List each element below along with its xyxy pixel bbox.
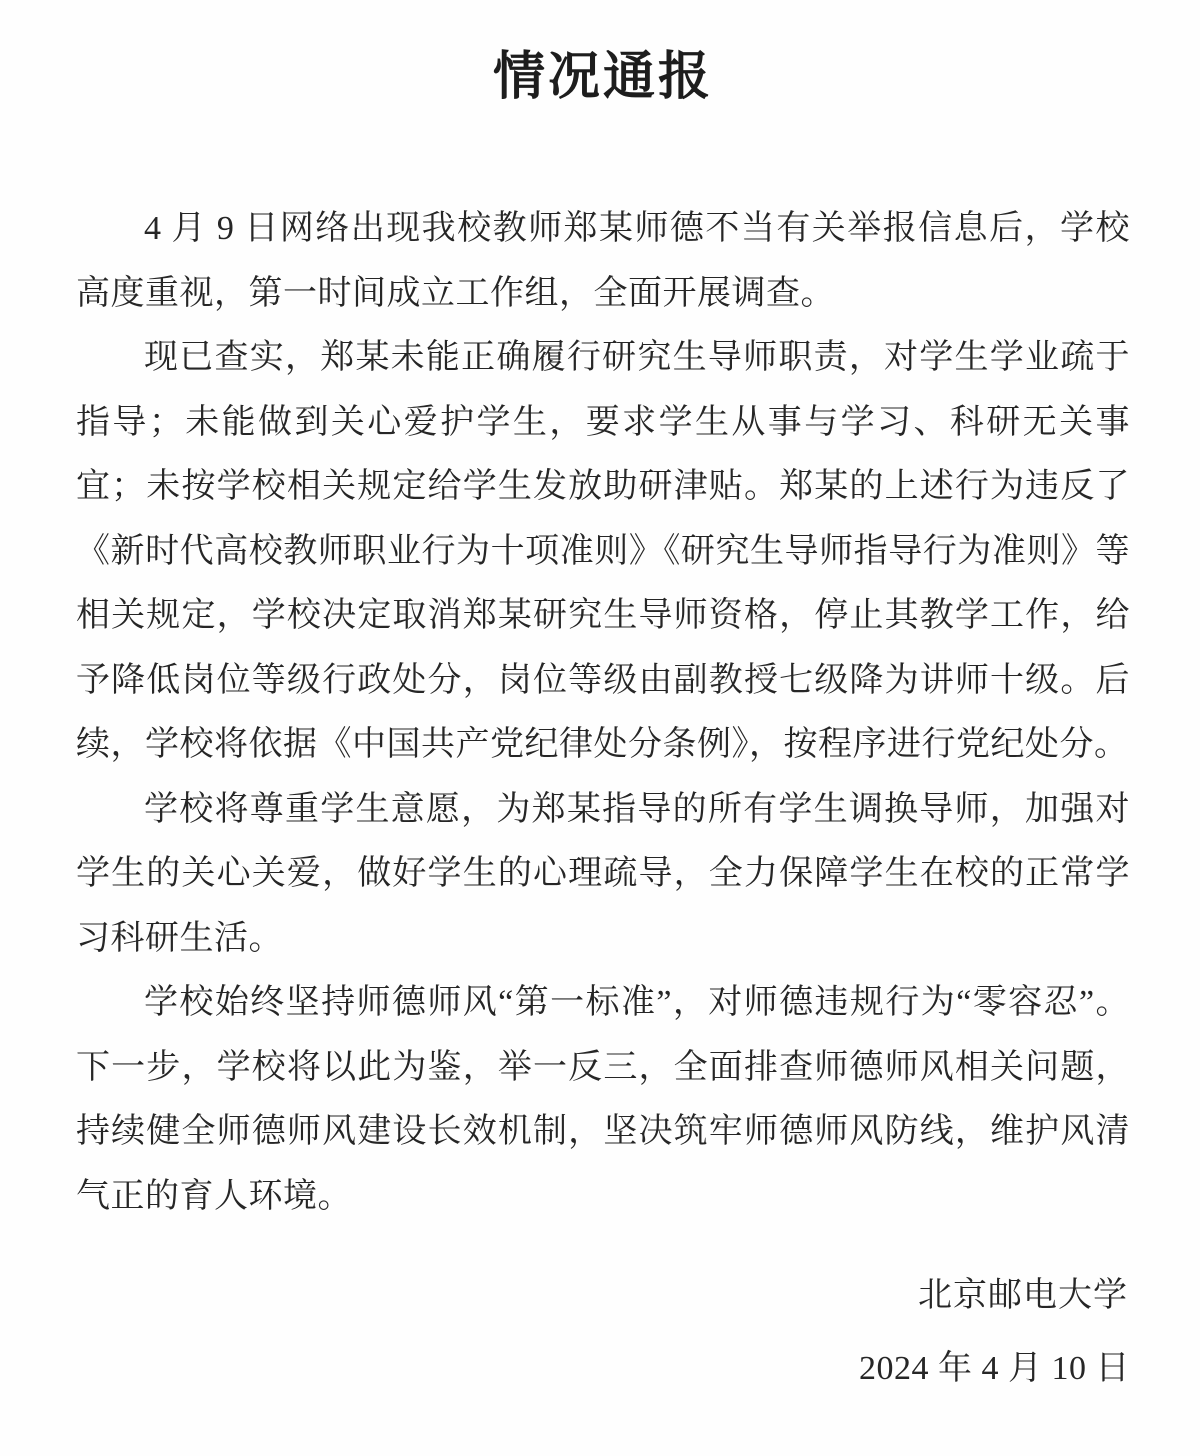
notice-title: 情况通报 bbox=[76, 34, 1130, 109]
notice-document: 情况通报 4 月 9 日网络出现我校教师郑某师德不当有关举报信息后，学校高度重视… bbox=[0, 0, 1200, 1456]
signature-organization: 北京邮电大学 bbox=[76, 1259, 1130, 1332]
notice-body: 4 月 9 日网络出现我校教师郑某师德不当有关举报信息后，学校高度重视，第一时间… bbox=[76, 197, 1130, 1229]
notice-paragraph-commitment: 学校始终坚持师德师风“第一标准”，对师德违规行为“零容忍”。下一步，学校将以此为… bbox=[76, 971, 1130, 1229]
notice-paragraph-intro: 4 月 9 日网络出现我校教师郑某师德不当有关举报信息后，学校高度重视，第一时间… bbox=[76, 197, 1130, 326]
notice-paragraph-student-support: 学校将尊重学生意愿，为郑某指导的所有学生调换导师，加强对学生的关心关爱，做好学生… bbox=[76, 778, 1130, 972]
notice-paragraph-findings: 现已查实，郑某未能正确履行研究生导师职责，对学生学业疏于指导；未能做到关心爱护学… bbox=[76, 326, 1130, 778]
signature-date: 2024 年 4 月 10 日 bbox=[76, 1332, 1130, 1405]
signature-block: 北京邮电大学 2024 年 4 月 10 日 bbox=[76, 1259, 1130, 1405]
